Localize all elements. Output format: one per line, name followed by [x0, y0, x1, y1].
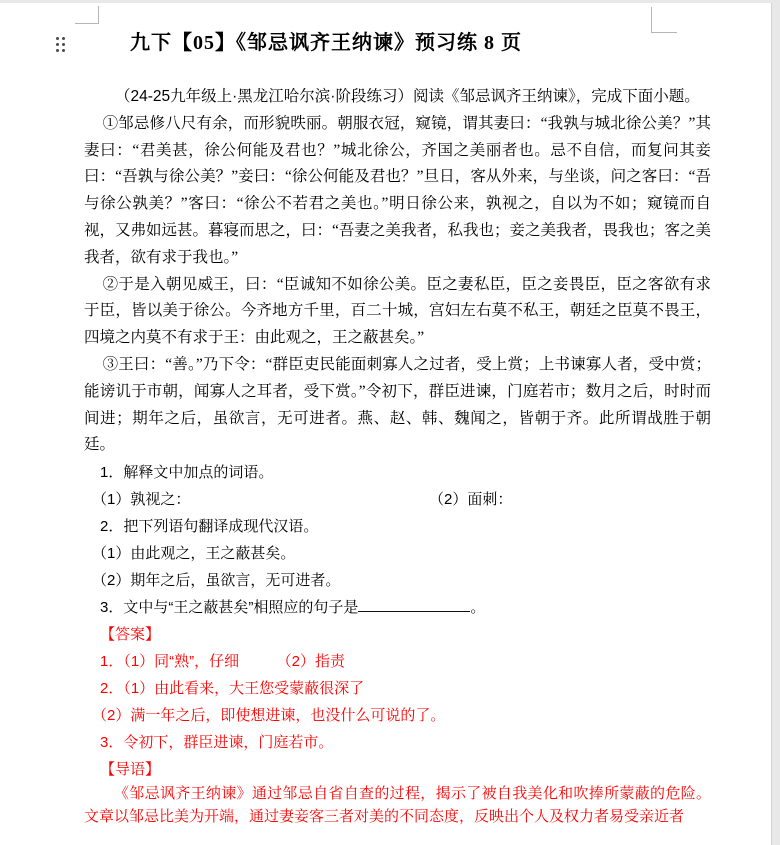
question-1: 1．解释文中加点的词语。 — [84, 459, 711, 486]
question-1-parts: （1）孰视之： （2）面刺： — [84, 486, 711, 513]
margin-crop-mark-right — [651, 7, 677, 33]
passage-paragraph-1: ①邹忌修八尺有余，而形貌昳丽。朝服衣冠，窥镜，谓其妻曰：“我孰与城北徐公美？”其… — [84, 111, 711, 272]
question-3-text: 3．文中与“王之蔽甚矣”相照应的句子是 — [100, 599, 358, 616]
document-page: 九下【05】《邹忌讽齐王纳谏》预习练 8 页 （24-25九年级上·黑龙江哈尔滨… — [0, 3, 771, 845]
intro-paragraph: （24-25九年级上·黑龙江哈尔滨·阶段练习）阅读《邹忌讽齐王纳谏》，完成下面小… — [84, 84, 711, 111]
question-2-part-2: （2）期年之后，虽欲言，无可进者。 — [84, 567, 711, 594]
drag-handle-icon[interactable] — [56, 37, 66, 53]
margin-crop-mark-left — [75, 6, 99, 24]
answer-section-header: 【答案】 — [84, 621, 711, 648]
passage-paragraph-2: ②于是入朝见威王，曰：“臣诚知不如徐公美。臣之妻私臣，臣之妾畏臣，臣之客欲有求于… — [84, 272, 711, 352]
answer-1: 1．（1）同“熟”，仔细 （2）指责 — [84, 648, 711, 675]
question-1-part-1: （1）孰视之： — [92, 491, 190, 508]
answer-3: 3．令初下，群臣进谏，门庭若市。 — [84, 729, 711, 756]
guide-paragraph: 《邹忌讽齐王纳谏》通过邹忌自省自查的过程，揭示了被自我美化和吹捧所蒙蔽的危险。文… — [84, 783, 711, 828]
document-title: 九下【05】《邹忌讽齐王纳谏》预习练 8 页 — [130, 30, 711, 56]
question-3: 3．文中与“王之蔽甚矣”相照应的句子是。 — [84, 594, 711, 621]
question-2-part-1: （1）由此观之，王之蔽甚矣。 — [84, 540, 711, 567]
question-2: 2．把下列语句翻译成现代汉语。 — [84, 513, 711, 540]
guide-section-header: 【导语】 — [84, 756, 711, 783]
passage-paragraph-3: ③王曰：“善。”乃下令：“群臣吏民能面刺寡人之过者，受上赏；上书谏寡人者，受中赏… — [84, 352, 711, 459]
question-3-period: 。 — [470, 599, 485, 616]
answer-2: 2．（1）由此看来，大王您受蒙蔽很深了 — [84, 675, 711, 702]
question-1-part-2: （2）面刺： — [429, 486, 512, 513]
answer-2-part-2: （2）满一年之后，即使想进谏，也没什么可说的了。 — [84, 702, 711, 729]
answer-blank-line — [358, 597, 470, 612]
